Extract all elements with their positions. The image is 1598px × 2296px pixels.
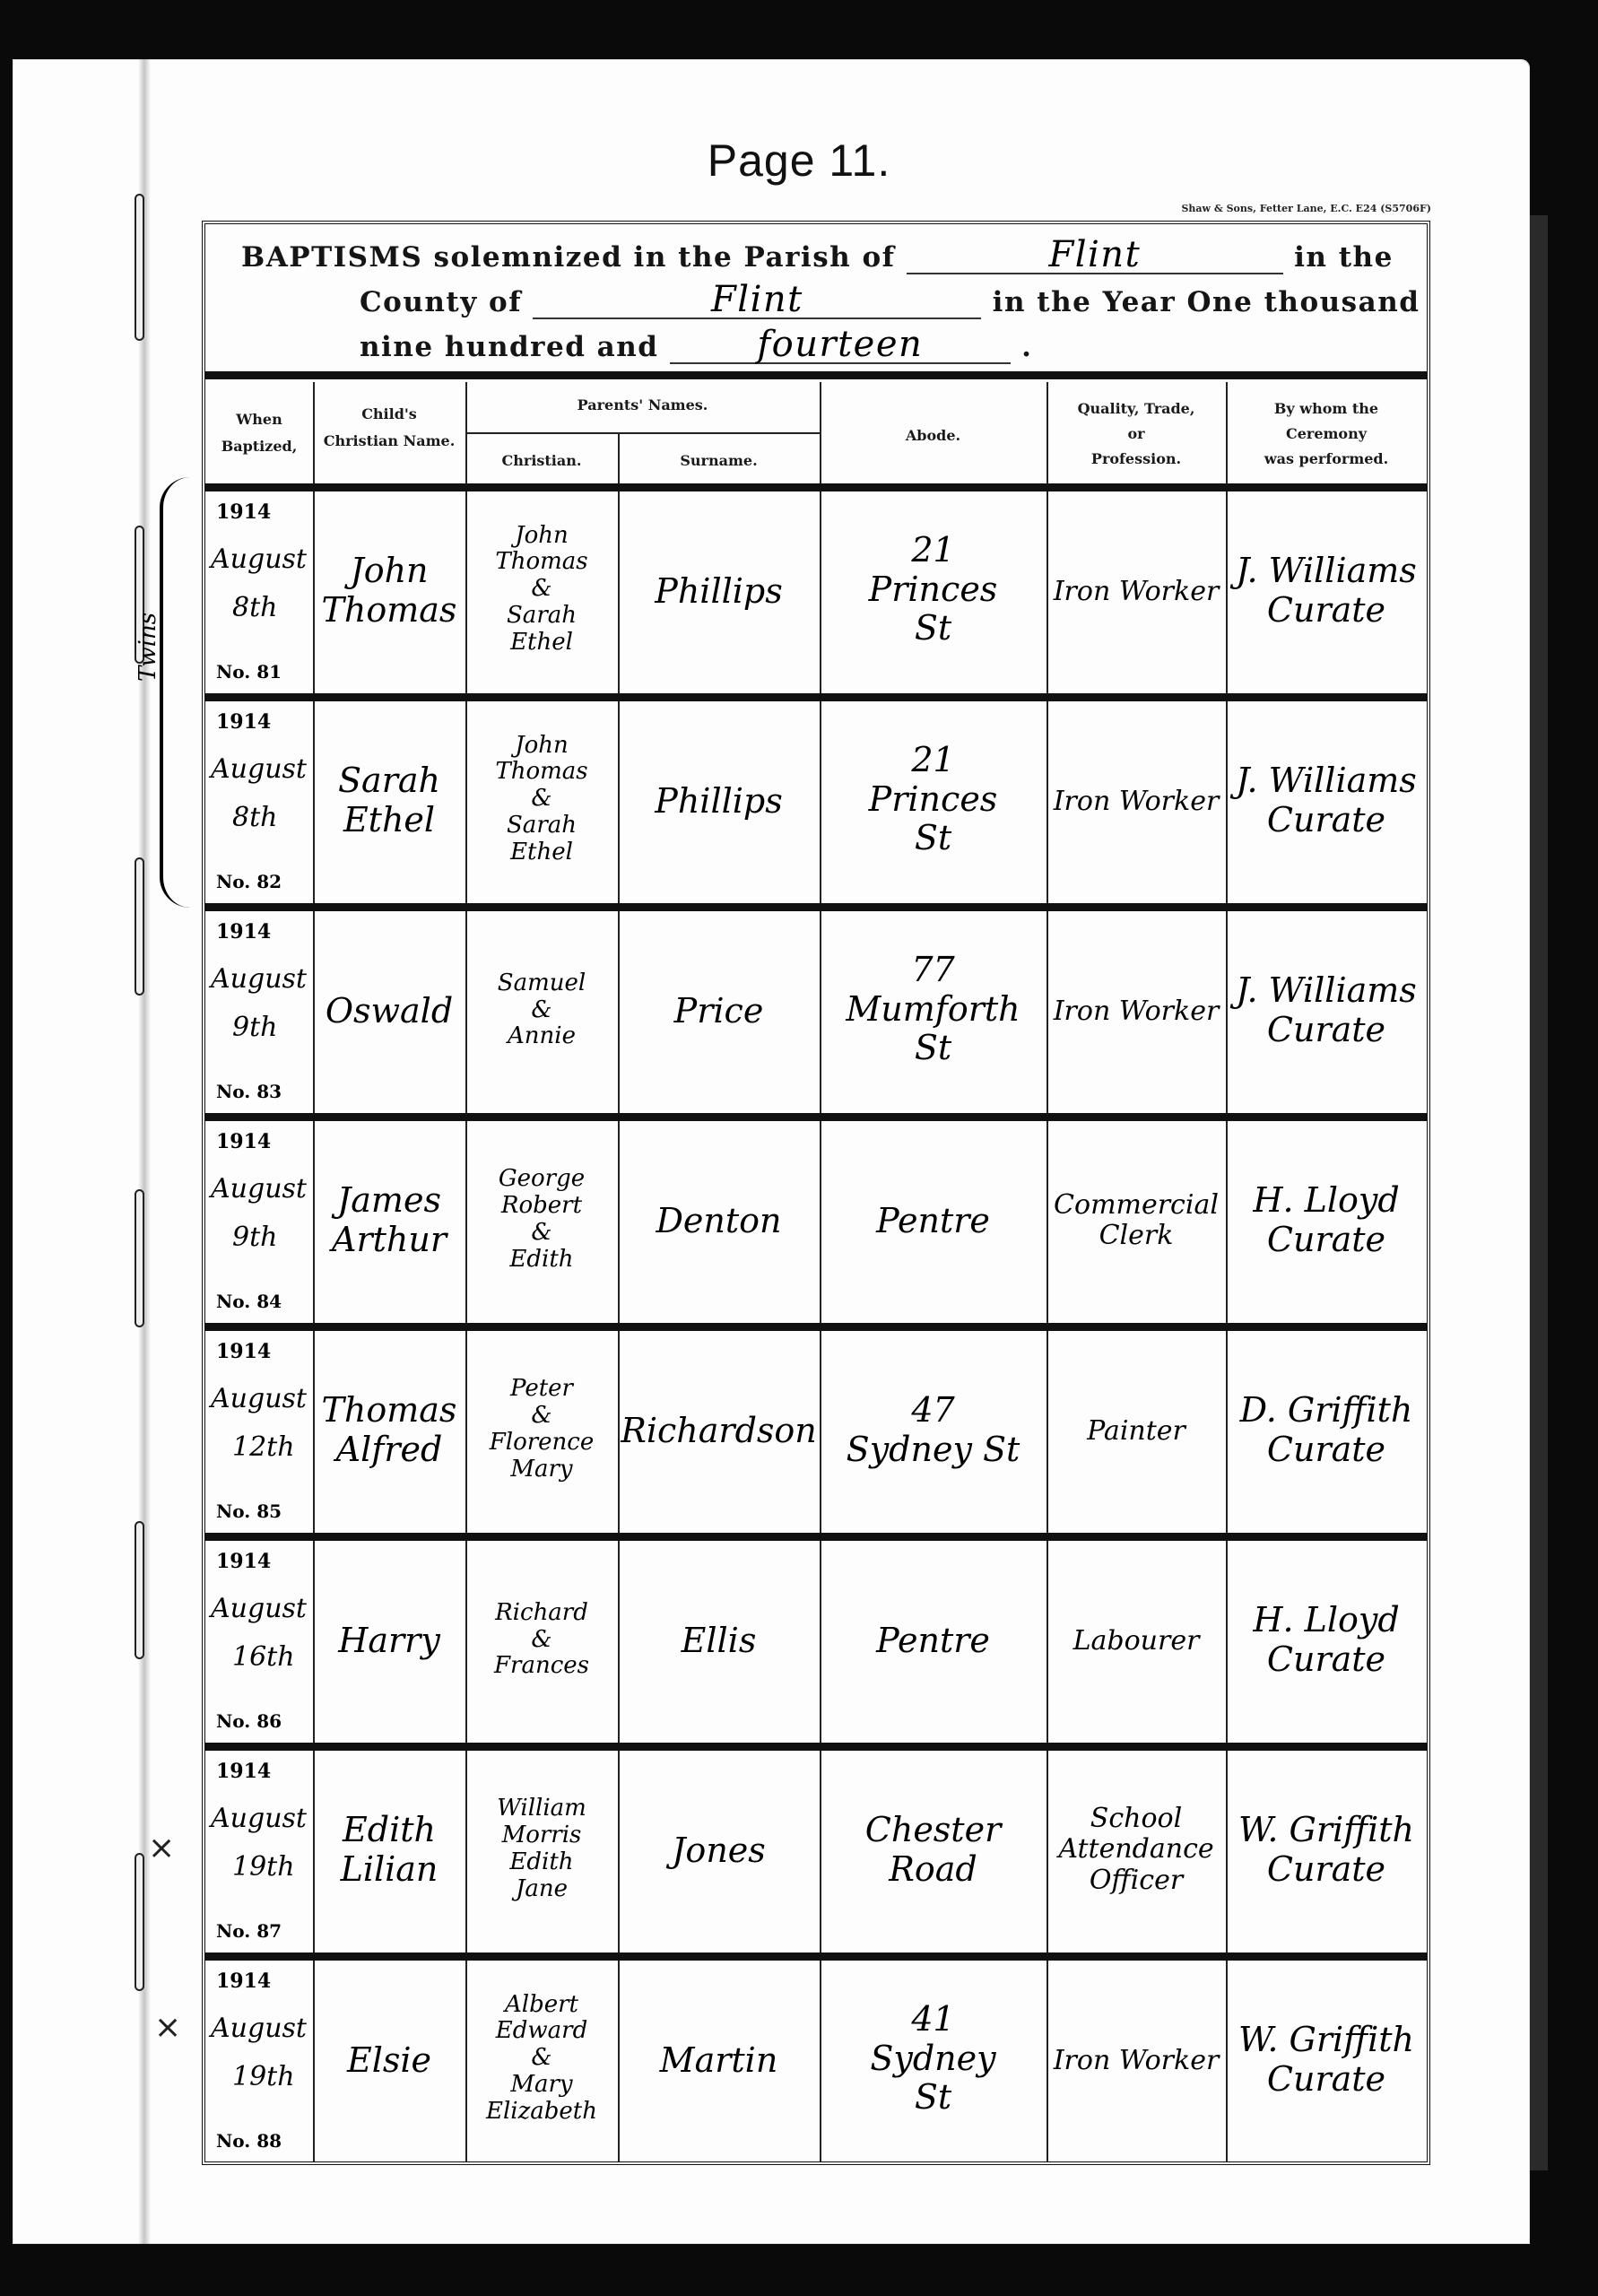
handwritten-text: Curate: [1226, 1640, 1427, 1680]
handwritten-text: Elsie: [313, 2041, 465, 2081]
baptism-month: August: [211, 544, 307, 575]
header-rule: [205, 371, 1427, 379]
handwritten-text: Sarah: [465, 813, 618, 839]
handwritten-text: 21: [820, 741, 1047, 780]
cell-when: 1914August19thNo. 87: [205, 1751, 313, 1952]
baptism-month: August: [211, 753, 307, 785]
cell-parents-christian: AlbertEdward&MaryElizabeth: [465, 1961, 618, 2162]
cell-surname: Richardson: [618, 1331, 820, 1533]
col-label: or: [1047, 423, 1226, 445]
col-abode: Abode.: [820, 382, 1047, 494]
twins-brace: [160, 477, 190, 908]
cell-by-whom: J. WilliamsCurate: [1226, 911, 1427, 1113]
handwritten-text: Labourer: [1047, 1626, 1226, 1657]
handwritten-text: Curate: [1226, 1850, 1427, 1890]
col-ceremony-by: By whom the Ceremony was performed.: [1226, 382, 1427, 494]
handwritten-text: Iron Worker: [1047, 787, 1226, 818]
cell-when: 1914August8thNo. 81: [205, 491, 313, 693]
cell-child: SarahEthel: [313, 701, 465, 903]
cross-mark: ×: [148, 1830, 175, 1866]
handwritten-text: William: [465, 1796, 618, 1822]
year-field[interactable]: fourteen: [670, 326, 1011, 364]
binding-stitch-icon: [135, 1521, 144, 1659]
cell-profession: Iron Worker: [1047, 1961, 1226, 2162]
handwritten-text: Princes: [820, 780, 1047, 820]
cell-parents-christian: JohnThomas&SarahEthel: [465, 701, 618, 903]
cell-parents-christian: Peter&FlorenceMary: [465, 1331, 618, 1533]
col-label: Surname.: [618, 450, 820, 472]
entry-number: No. 86: [216, 1710, 282, 1732]
col-label: Child's: [313, 404, 465, 425]
baptism-day: 12th: [232, 1431, 295, 1463]
handwritten-text: Martin: [618, 2041, 820, 2081]
county-field[interactable]: Flint: [533, 282, 981, 319]
handwritten-text: Iron Worker: [1047, 996, 1226, 1028]
handwritten-text: Jones: [618, 1831, 820, 1871]
entry-number: No. 81: [216, 661, 282, 683]
handwritten-text: Phillips: [618, 572, 820, 612]
handwritten-text: Florence: [465, 1430, 618, 1457]
col-profession: Quality, Trade, or Profession.: [1047, 382, 1226, 494]
handwritten-text: J. Williams: [1226, 761, 1427, 801]
cell-abode: Pentre: [820, 1121, 1047, 1323]
handwritten-text: D. Griffith: [1226, 1391, 1427, 1431]
col-parents: Parents' Names. Christian. Surname.: [465, 382, 820, 494]
handwritten-text: John: [465, 523, 618, 550]
cell-profession: SchoolAttendanceOfficer: [1047, 1751, 1226, 1952]
handwritten-text: &: [465, 786, 618, 813]
row-rule: [205, 1113, 1427, 1121]
cell-when: 1914August12thNo. 85: [205, 1331, 313, 1533]
binding-stitch-icon: [135, 857, 144, 996]
col-label: By whom the: [1226, 398, 1427, 420]
binding-stitch-icon: [135, 194, 144, 341]
handwritten-text: &: [465, 1627, 618, 1654]
cell-child: Elsie: [313, 1961, 465, 2162]
handwritten-text: 47: [820, 1391, 1047, 1431]
table-row: 1914August12thNo. 85ThomasAlfredPeter&Fl…: [205, 1331, 1427, 1533]
cell-profession: Labourer: [1047, 1541, 1226, 1743]
cell-abode: Pentre: [820, 1541, 1047, 1743]
handwritten-text: Phillips: [618, 782, 820, 822]
handwritten-text: Denton: [618, 1202, 820, 1241]
cell-parents-christian: JohnThomas&SarahEthel: [465, 491, 618, 693]
book-page-edges: [1530, 215, 1548, 2170]
cell-abode: 21PrincesSt: [820, 491, 1047, 693]
handwritten-text: Harry: [313, 1622, 465, 1661]
handwritten-text: Road: [820, 1850, 1047, 1890]
cell-surname: Ellis: [618, 1541, 820, 1743]
handwritten-text: Commercial: [1047, 1190, 1226, 1222]
handwritten-text: H. Lloyd: [1226, 1601, 1427, 1640]
row-rule: [205, 1743, 1427, 1751]
col-label: Parents' Names.: [465, 395, 820, 416]
handwritten-text: Elizabeth: [465, 2099, 618, 2126]
cell-surname: Jones: [618, 1751, 820, 1952]
handwritten-text: St: [820, 2078, 1047, 2118]
handwritten-text: Thomas: [465, 759, 618, 786]
cell-by-whom: W. GriffithCurate: [1226, 1961, 1427, 2162]
cell-child: JohnThomas: [313, 491, 465, 693]
handwritten-text: Samuel: [465, 970, 618, 997]
baptism-month: August: [211, 1383, 307, 1414]
baptism-register-table: BAPTISMS solemnized in the Parish of Fli…: [202, 221, 1430, 2165]
col-when-baptized: When Baptized,: [205, 382, 313, 494]
cell-when: 1914August8thNo. 82: [205, 701, 313, 903]
cell-surname: Martin: [618, 1961, 820, 2162]
cell-parents-christian: GeorgeRobert&Edith: [465, 1121, 618, 1323]
cell-parents-christian: Richard&Frances: [465, 1541, 618, 1743]
entry-number: No. 87: [216, 1920, 282, 1942]
header-text: nine hundred and: [360, 331, 659, 363]
baptism-day: 19th: [232, 2061, 295, 2092]
binding-stitch-icon: [135, 1853, 144, 1991]
header-text: BAPTISMS solemnized in the Parish of: [241, 241, 896, 274]
parents-divider: [465, 432, 820, 434]
handwritten-text: Pentre: [820, 1202, 1047, 1241]
handwritten-text: 77: [820, 951, 1047, 990]
handwritten-text: Edward: [465, 2018, 618, 2045]
handwritten-text: Edith: [313, 1811, 465, 1850]
handwritten-text: Lilian: [313, 1850, 465, 1890]
parish-field[interactable]: Flint: [907, 237, 1283, 274]
baptism-day: 19th: [232, 1851, 295, 1883]
handwritten-text: Albert: [465, 1992, 618, 2019]
handwritten-text: School: [1047, 1804, 1226, 1835]
cell-profession: Iron Worker: [1047, 701, 1226, 903]
table-row: 1914August9thNo. 84JamesArthurGeorgeRobe…: [205, 1121, 1427, 1323]
cell-by-whom: J. WilliamsCurate: [1226, 491, 1427, 693]
header-text: in the: [1294, 241, 1394, 274]
entry-number: No. 88: [216, 2130, 282, 2152]
column-header-rule: [205, 483, 1427, 491]
table-row: 1914August19thNo. 88ElsieAlbertEdward&Ma…: [205, 1961, 1427, 2162]
handwritten-text: J. Williams: [1226, 971, 1427, 1011]
handwritten-text: St: [820, 1029, 1047, 1068]
col-label: Christian.: [465, 450, 618, 472]
cell-abode: ChesterRoad: [820, 1751, 1047, 1952]
handwritten-text: Ethel: [465, 630, 618, 657]
handwritten-text: W. Griffith: [1226, 2021, 1427, 2060]
handwritten-text: George: [465, 1166, 618, 1193]
handwritten-text: Clerk: [1047, 1221, 1226, 1252]
baptism-year: 1914: [216, 1970, 271, 1993]
page-title: Page 11.: [0, 135, 1598, 187]
col-label: Christian Name.: [313, 430, 465, 452]
handwritten-text: Sarah: [465, 603, 618, 630]
col-label: When: [205, 409, 313, 430]
baptism-day: 9th: [232, 1012, 277, 1043]
handwritten-text: Ethel: [313, 801, 465, 840]
baptism-year: 1914: [216, 1130, 271, 1153]
cell-parents-christian: WilliamMorrisEdithJane: [465, 1751, 618, 1952]
cell-by-whom: J. WilliamsCurate: [1226, 701, 1427, 903]
table-row: 1914August16thNo. 86HarryRichard&Frances…: [205, 1541, 1427, 1743]
header-text: .: [1021, 331, 1032, 363]
handwritten-text: St: [820, 819, 1047, 858]
handwritten-text: &: [465, 997, 618, 1024]
handwritten-text: Curate: [1226, 1011, 1427, 1050]
binding-stitch-icon: [135, 1189, 144, 1327]
cell-when: 1914August16thNo. 86: [205, 1541, 313, 1743]
baptism-year: 1914: [216, 500, 271, 524]
handwritten-text: St: [820, 609, 1047, 648]
handwritten-text: Iron Worker: [1047, 2046, 1226, 2077]
handwritten-text: Attendance: [1047, 1834, 1226, 1865]
table-row: 1914August9thNo. 83OswaldSamuel&AnniePri…: [205, 911, 1427, 1113]
handwritten-text: &: [465, 576, 618, 603]
cell-by-whom: W. GriffithCurate: [1226, 1751, 1427, 1952]
cell-child: EdithLilian: [313, 1751, 465, 1952]
handwritten-text: Curate: [1226, 1431, 1427, 1470]
baptism-month: August: [211, 1593, 307, 1624]
handwritten-text: Jane: [465, 1876, 618, 1903]
baptism-day: 8th: [232, 592, 277, 623]
cell-when: 1914August9thNo. 83: [205, 911, 313, 1113]
baptism-month: August: [211, 1803, 307, 1834]
handwritten-text: Thomas: [313, 591, 465, 631]
cell-child: Harry: [313, 1541, 465, 1743]
handwritten-text: Peter: [465, 1376, 618, 1403]
col-label: Quality, Trade,: [1047, 398, 1226, 420]
handwritten-text: Richardson: [618, 1412, 820, 1451]
handwritten-text: Annie: [465, 1023, 618, 1050]
header-text: in the Year One thousand: [993, 286, 1420, 318]
table-row: 1914August8thNo. 82SarahEthelJohnThomas&…: [205, 701, 1427, 903]
cell-abode: 21PrincesSt: [820, 701, 1047, 903]
col-label: Ceremony: [1226, 423, 1427, 445]
handwritten-text: &: [465, 2045, 618, 2072]
handwritten-text: Mumforth: [820, 990, 1047, 1030]
handwritten-text: Price: [618, 992, 820, 1031]
handwritten-text: 41: [820, 2000, 1047, 2039]
handwritten-text: Painter: [1047, 1416, 1226, 1448]
handwritten-text: W. Griffith: [1226, 1811, 1427, 1850]
row-rule: [205, 1952, 1427, 1961]
col-label: was performed.: [1226, 448, 1427, 470]
handwritten-text: Princes: [820, 570, 1047, 610]
handwritten-text: Ellis: [618, 1622, 820, 1661]
handwritten-text: H. Lloyd: [1226, 1181, 1427, 1221]
twins-margin-note: Twins: [135, 613, 161, 682]
table-row: 1914August8thNo. 81JohnThomasJohnThomas&…: [205, 491, 1427, 693]
col-child-name: Child's Christian Name.: [313, 382, 465, 494]
col-label: Baptized,: [205, 436, 313, 457]
cell-child: Oswald: [313, 911, 465, 1113]
handwritten-text: Richard: [465, 1600, 618, 1627]
handwritten-text: Ethel: [465, 839, 618, 866]
baptism-month: August: [211, 2013, 307, 2044]
handwritten-text: Mary: [465, 1457, 618, 1483]
cell-abode: 47Sydney St: [820, 1331, 1047, 1533]
baptism-month: August: [211, 1173, 307, 1205]
entry-number: No. 82: [216, 871, 282, 892]
handwritten-text: Thomas: [465, 549, 618, 576]
header-text: County of: [360, 286, 522, 318]
handwritten-text: &: [465, 1220, 618, 1247]
handwritten-text: 21: [820, 531, 1047, 570]
cell-profession: Painter: [1047, 1331, 1226, 1533]
header-line-2: County of Flint in the Year One thousand: [360, 282, 1420, 319]
baptism-day: 9th: [232, 1222, 277, 1253]
handwritten-text: James: [313, 1181, 465, 1221]
handwritten-text: Sydney: [820, 2039, 1047, 2079]
header-line-1: BAPTISMS solemnized in the Parish of Fli…: [241, 237, 1394, 274]
handwritten-text: Curate: [1226, 2060, 1427, 2100]
handwritten-text: Frances: [465, 1653, 618, 1680]
row-rule: [205, 1533, 1427, 1541]
handwritten-text: Robert: [465, 1193, 618, 1220]
handwritten-text: Edith: [465, 1247, 618, 1274]
cell-parents-christian: Samuel&Annie: [465, 911, 618, 1113]
handwritten-text: Edith: [465, 1849, 618, 1876]
cell-surname: Denton: [618, 1121, 820, 1323]
handwritten-text: Chester: [820, 1811, 1047, 1850]
handwritten-text: Thomas: [313, 1391, 465, 1431]
cell-child: ThomasAlfred: [313, 1331, 465, 1533]
handwritten-text: J. Williams: [1226, 552, 1427, 591]
header-line-3: nine hundred and fourteen .: [360, 326, 1032, 364]
cell-when: 1914August9thNo. 84: [205, 1121, 313, 1323]
baptism-year: 1914: [216, 1340, 271, 1363]
entry-number: No. 85: [216, 1500, 282, 1522]
cell-child: JamesArthur: [313, 1121, 465, 1323]
cell-by-whom: H. LloydCurate: [1226, 1121, 1427, 1323]
row-rule: [205, 1323, 1427, 1331]
entry-number: No. 83: [216, 1081, 282, 1102]
handwritten-text: Oswald: [313, 992, 465, 1031]
handwritten-text: &: [465, 1403, 618, 1430]
row-rule: [205, 693, 1427, 701]
handwritten-text: Iron Worker: [1047, 577, 1226, 608]
table-row: 1914August19thNo. 87EdithLilianWilliamMo…: [205, 1751, 1427, 1952]
printer-imprint: Shaw & Sons, Fetter Lane, E.C. E24 (S570…: [1181, 203, 1431, 214]
cross-mark: ×: [154, 2009, 181, 2046]
row-rule: [205, 903, 1427, 911]
baptism-month: August: [211, 963, 307, 995]
cell-profession: Iron Worker: [1047, 491, 1226, 693]
baptism-year: 1914: [216, 920, 271, 944]
cell-abode: 41SydneySt: [820, 1961, 1047, 2162]
cell-abode: 77MumforthSt: [820, 911, 1047, 1113]
cell-profession: CommercialClerk: [1047, 1121, 1226, 1323]
cell-when: 1914August19thNo. 88: [205, 1961, 313, 2162]
col-label: Abode.: [820, 425, 1047, 447]
cell-by-whom: D. GriffithCurate: [1226, 1331, 1427, 1533]
cell-profession: Iron Worker: [1047, 911, 1226, 1113]
handwritten-text: John: [313, 552, 465, 591]
handwritten-text: Alfred: [313, 1431, 465, 1470]
handwritten-text: Curate: [1226, 801, 1427, 840]
cell-surname: Phillips: [618, 701, 820, 903]
handwritten-text: Officer: [1047, 1865, 1226, 1897]
baptism-day: 16th: [232, 1641, 295, 1673]
register-header: BAPTISMS solemnized in the Parish of Fli…: [205, 224, 1427, 375]
col-label: Profession.: [1047, 448, 1226, 470]
handwritten-text: Mary: [465, 2072, 618, 2099]
baptism-year: 1914: [216, 710, 271, 734]
handwritten-text: Sarah: [313, 761, 465, 801]
handwritten-text: Sydney St: [820, 1431, 1047, 1470]
handwritten-text: Morris: [465, 1822, 618, 1849]
cell-by-whom: H. LloydCurate: [1226, 1541, 1427, 1743]
cell-surname: Price: [618, 911, 820, 1113]
handwritten-text: Curate: [1226, 591, 1427, 631]
baptism-year: 1914: [216, 1550, 271, 1573]
baptism-day: 8th: [232, 802, 277, 833]
baptism-year: 1914: [216, 1760, 271, 1783]
entry-number: No. 84: [216, 1291, 282, 1312]
cell-surname: Phillips: [618, 491, 820, 693]
handwritten-text: Pentre: [820, 1622, 1047, 1661]
handwritten-text: Curate: [1226, 1221, 1427, 1260]
handwritten-text: John: [465, 733, 618, 760]
handwritten-text: Arthur: [313, 1221, 465, 1260]
